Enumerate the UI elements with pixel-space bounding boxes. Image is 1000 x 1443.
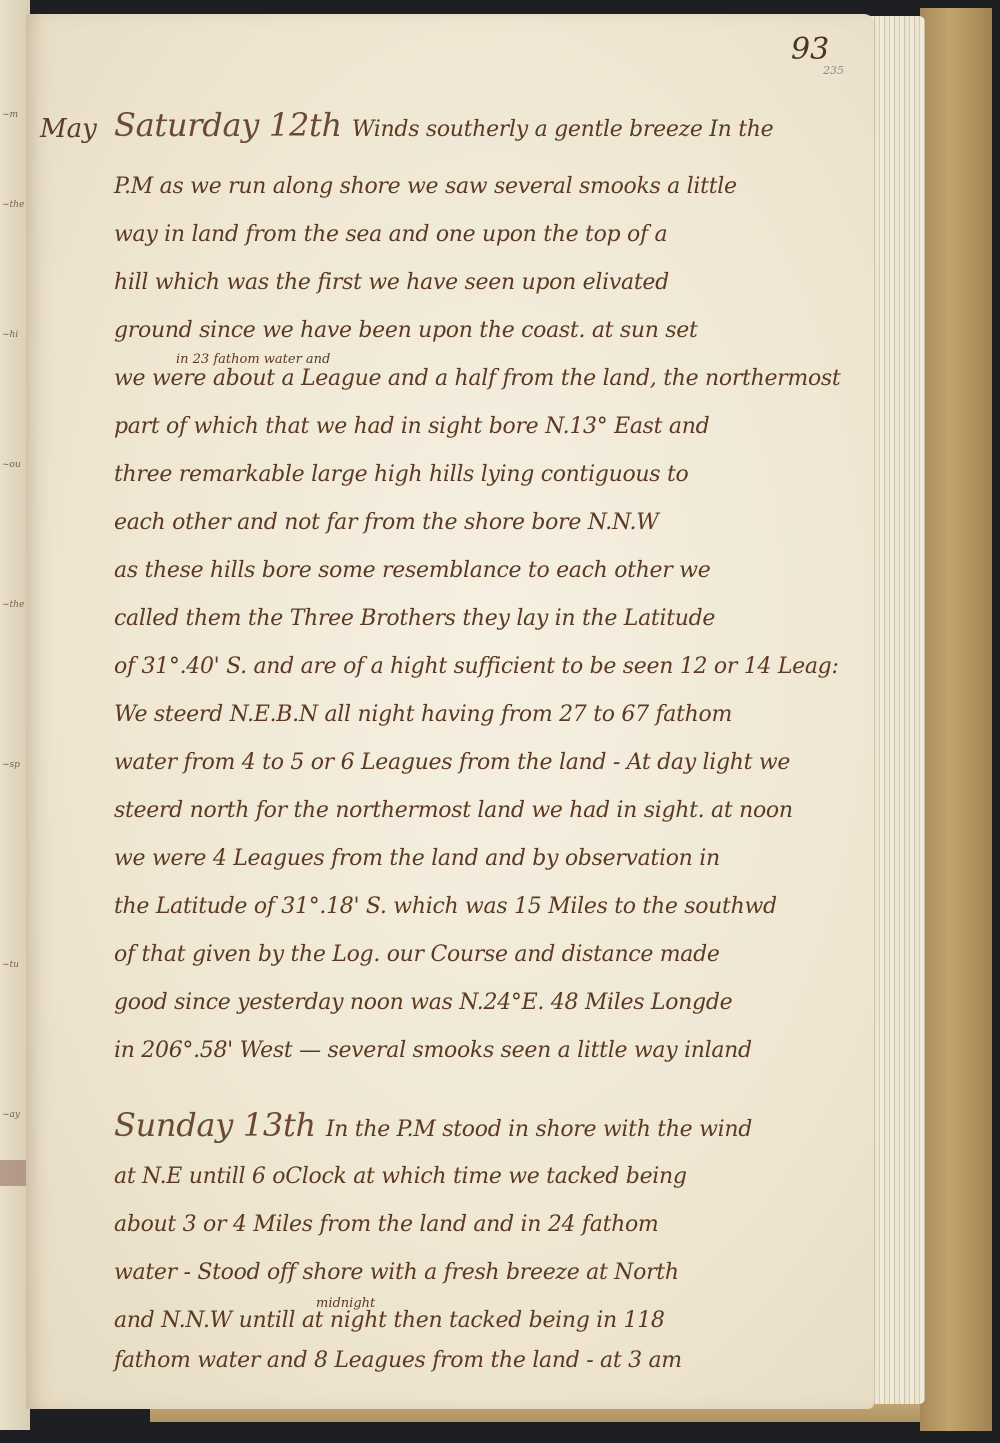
entry-line: in 206°.58' West — several smooks seen a… [114, 1038, 752, 1063]
entry-line: the Latitude of 31°.18' S. which was 15 … [114, 894, 777, 919]
facing-page-text: ~ou [2, 460, 26, 470]
entry-line: as these hills bore some resemblance to … [114, 558, 710, 583]
entry-line: steerd north for the northermost land we… [114, 798, 793, 823]
entry-line: each other and not far from the shore bo… [114, 510, 659, 535]
entry-line: we were 4 Leagues from the land and by o… [114, 846, 720, 871]
entry-line: ground since we have been upon the coast… [114, 318, 698, 343]
entry-line: three remarkable large high hills lying … [114, 462, 688, 487]
entry-line: Sunday 13thIn the P.M stood in shore wit… [114, 1106, 752, 1144]
book-cover-board [920, 8, 992, 1431]
facing-page-text: ~the [2, 200, 26, 210]
facing-page-text: ~ay [2, 1110, 26, 1120]
entry-line: Saturday 12thWinds southerly a gentle br… [114, 106, 773, 144]
stain [0, 1160, 26, 1186]
folio-pencil-number: 235 [823, 64, 844, 77]
interlinear-insertion: in 23 fathom water and [176, 352, 330, 367]
entry-line: We steerd N.E.B.N all night having from … [114, 702, 732, 727]
manuscript-page: 93 235 May Saturday 12thWinds southerly … [26, 14, 874, 1409]
facing-page-text: ~tu [2, 960, 26, 970]
facing-page-text: ~m [2, 110, 26, 120]
entry-line: P.M as we run along shore we saw several… [114, 174, 737, 199]
day-heading: Saturday 12th [114, 106, 342, 144]
entry-line: hill which was the first we have seen up… [114, 270, 669, 295]
entry-line: about 3 or 4 Miles from the land and in … [114, 1212, 659, 1237]
entry-line: part of which that we had in sight bore … [114, 414, 709, 439]
entry-line: we were about a League and a half from t… [114, 366, 840, 391]
entry-line: of that given by the Log. our Course and… [114, 942, 720, 967]
entry-line: at N.E untill 6 oClock at which time we … [114, 1164, 687, 1189]
day-heading: Sunday 13th [114, 1106, 316, 1144]
entry-line: water - Stood off shore with a fresh bre… [114, 1260, 679, 1285]
facing-page-text: ~sp [2, 760, 26, 770]
folio-number: 93 [791, 32, 829, 67]
entry-line: way in land from the sea and one upon th… [114, 222, 667, 247]
entry-line: fathom water and 8 Leagues from the land… [114, 1348, 682, 1373]
entry-line: of 31°.40' S. and are of a hight suffici… [114, 654, 839, 679]
margin-month: May [40, 114, 97, 144]
entry-line: called them the Three Brothers they lay … [114, 606, 715, 631]
entry-line: good since yesterday noon was N.24°E. 48… [114, 990, 732, 1015]
facing-page-text: ~the [2, 600, 26, 610]
facing-page-text: ~hi [2, 330, 26, 340]
entry-line: water from 4 to 5 or 6 Leagues from the … [114, 750, 790, 775]
entry-line: and N.N.W untill at night then tacked be… [114, 1308, 665, 1333]
